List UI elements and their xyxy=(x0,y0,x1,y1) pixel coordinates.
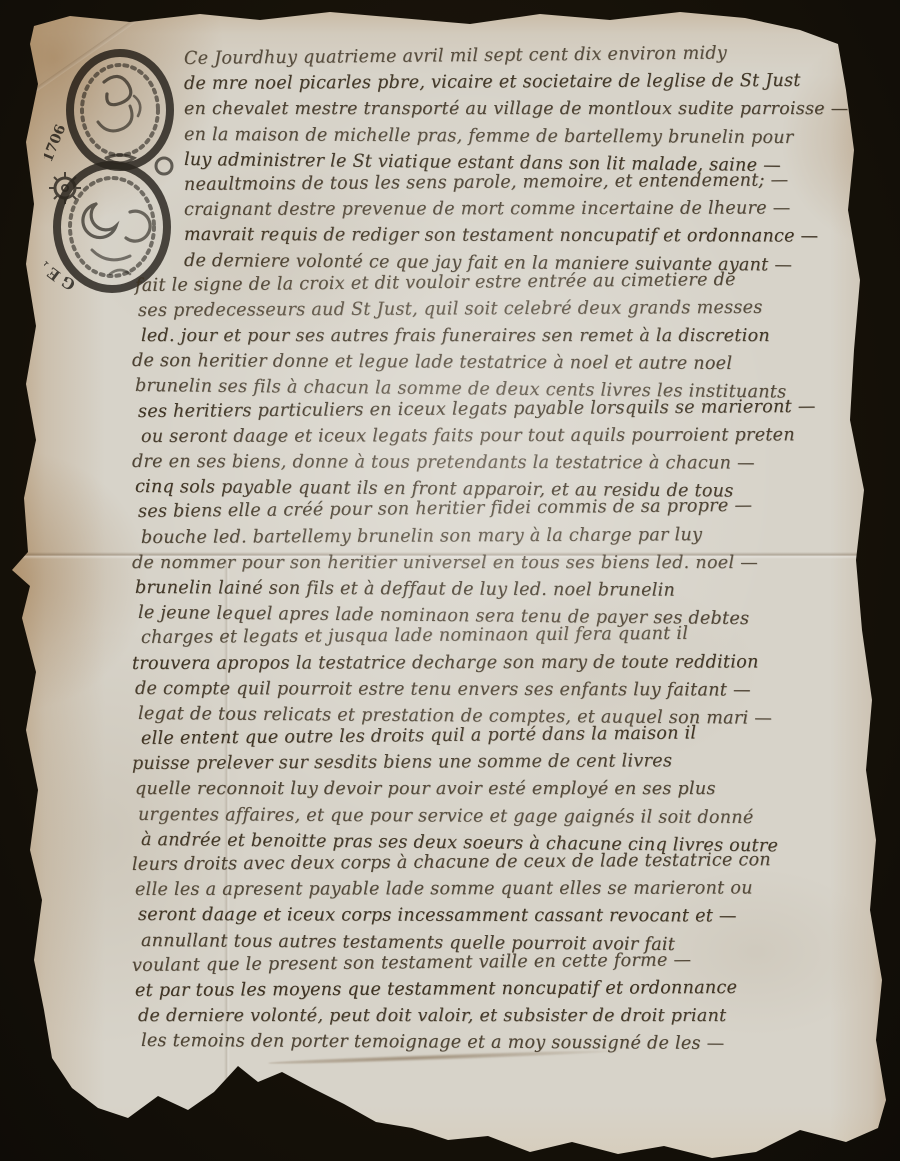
manuscript-line: de nommer pour son heritier universel en… xyxy=(132,550,848,575)
manuscript-line: leurs droits avec deux corps à chacune d… xyxy=(132,847,848,878)
manuscript-line: led. jour et pour ses autres frais funer… xyxy=(141,323,848,348)
manuscript-line: ses heritiers particuliers en iceux lega… xyxy=(138,393,848,424)
manuscript-line: craignant destre prevenue de mort comme … xyxy=(184,195,848,222)
manuscript-line: en chevalet mestre transporté au village… xyxy=(184,96,846,121)
manuscript-line: seront daage et iceux corps incessamment… xyxy=(138,902,848,929)
manuscript-line: en la maison de michelle pras, femme de … xyxy=(184,122,848,151)
manuscript-line: de derniere volonté, peut doit valoir, e… xyxy=(138,1003,848,1028)
manuscript-line: ses predecesseurs aud St Just, quil soit… xyxy=(138,294,848,323)
manuscript-line: de son heritier donne et legue lade test… xyxy=(132,348,848,377)
photo-background: GEN DE LYON 1706 Ce Jourdhuy quatrieme a… xyxy=(0,0,900,1161)
manuscript-page: GEN DE LYON 1706 Ce Jourdhuy quatrieme a… xyxy=(0,0,900,1161)
manuscript-line: brunelin lainé son fils et à deffaut de … xyxy=(135,575,848,604)
manuscript-line: mavrait requis de rediger son testament … xyxy=(184,222,848,249)
manuscript-text: Ce Jourdhuy quatrieme avril mil sept cen… xyxy=(132,46,868,1054)
manuscript-line: Ce Jourdhuy quatrieme avril mil sept cen… xyxy=(184,39,848,71)
manuscript-line: trouvera apropos la testatrice decharge … xyxy=(132,649,848,676)
manuscript-line: et par tous les moyens que testamment no… xyxy=(135,974,848,1003)
manuscript-line: ses biens elle a créé pour son heritier … xyxy=(138,492,848,524)
manuscript-line: dre en ses biens, donne à tous pretendan… xyxy=(132,449,848,476)
manuscript-line: charges et legats et jusqua lade nominao… xyxy=(141,620,848,651)
manuscript-line: bouche led. bartellemy brunelin son mary… xyxy=(141,521,848,550)
manuscript-line: elle les a apresent payable lade somme q… xyxy=(135,875,848,902)
stamp-date: 1706 xyxy=(44,122,69,164)
manuscript-line: urgentes affaires, et que pour service e… xyxy=(138,802,848,831)
manuscript-line: quelle reconnoit luy devoir pour avoir e… xyxy=(135,776,848,801)
manuscript-line: neaultmoins de tous les sens parole, mem… xyxy=(184,167,848,197)
manuscript-line: puisse prelever sur sesdits biens une so… xyxy=(132,748,848,777)
manuscript-line: de compte quil pourroit estre tenu enver… xyxy=(135,676,848,703)
manuscript-line: ou seront daage et iceux legats faits po… xyxy=(141,422,848,449)
manuscript-line: de mre noel picarles pbre, vicaire et so… xyxy=(184,68,848,97)
